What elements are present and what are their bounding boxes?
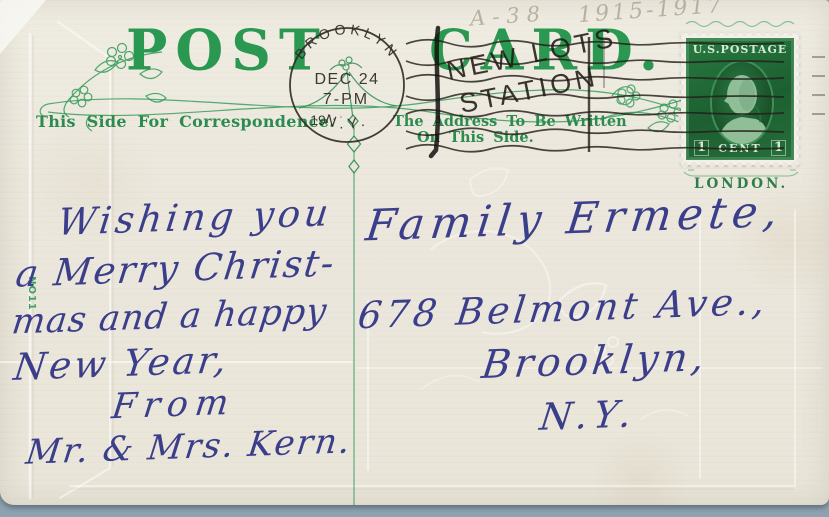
- stamp-portrait-oval: [710, 60, 774, 146]
- message-line: From: [110, 383, 238, 427]
- postcard-title-post: POST: [126, 21, 328, 77]
- stamp-denom-right: 1: [771, 140, 786, 156]
- stamp-panel: U.S.POSTAGE 1 CENT 1: [686, 38, 794, 160]
- stamp-country-text: U.S.POSTAGE: [687, 43, 793, 56]
- address-note-line1: The Address To Be Written: [393, 113, 627, 130]
- washington-portrait: [712, 62, 772, 144]
- scan-corner-artifact: [0, 0, 46, 54]
- stamp-denomination: 1 CENT 1: [687, 140, 793, 156]
- postcard-scan: POST CARD. This Side For Correspondence.…: [0, 0, 829, 517]
- address-note-line2: On This Side.: [417, 129, 534, 146]
- address-line: N.Y.: [537, 392, 639, 439]
- address-line: Brooklyn,: [479, 335, 710, 388]
- postage-stamp: U.S.POSTAGE 1 CENT 1: [681, 33, 799, 165]
- stamp-denom-left: 1: [694, 140, 709, 156]
- message-line: New Year,: [11, 338, 231, 389]
- stamp-denom-word: CENT: [718, 142, 761, 155]
- correspondence-note: This Side For Correspondence.: [36, 112, 335, 131]
